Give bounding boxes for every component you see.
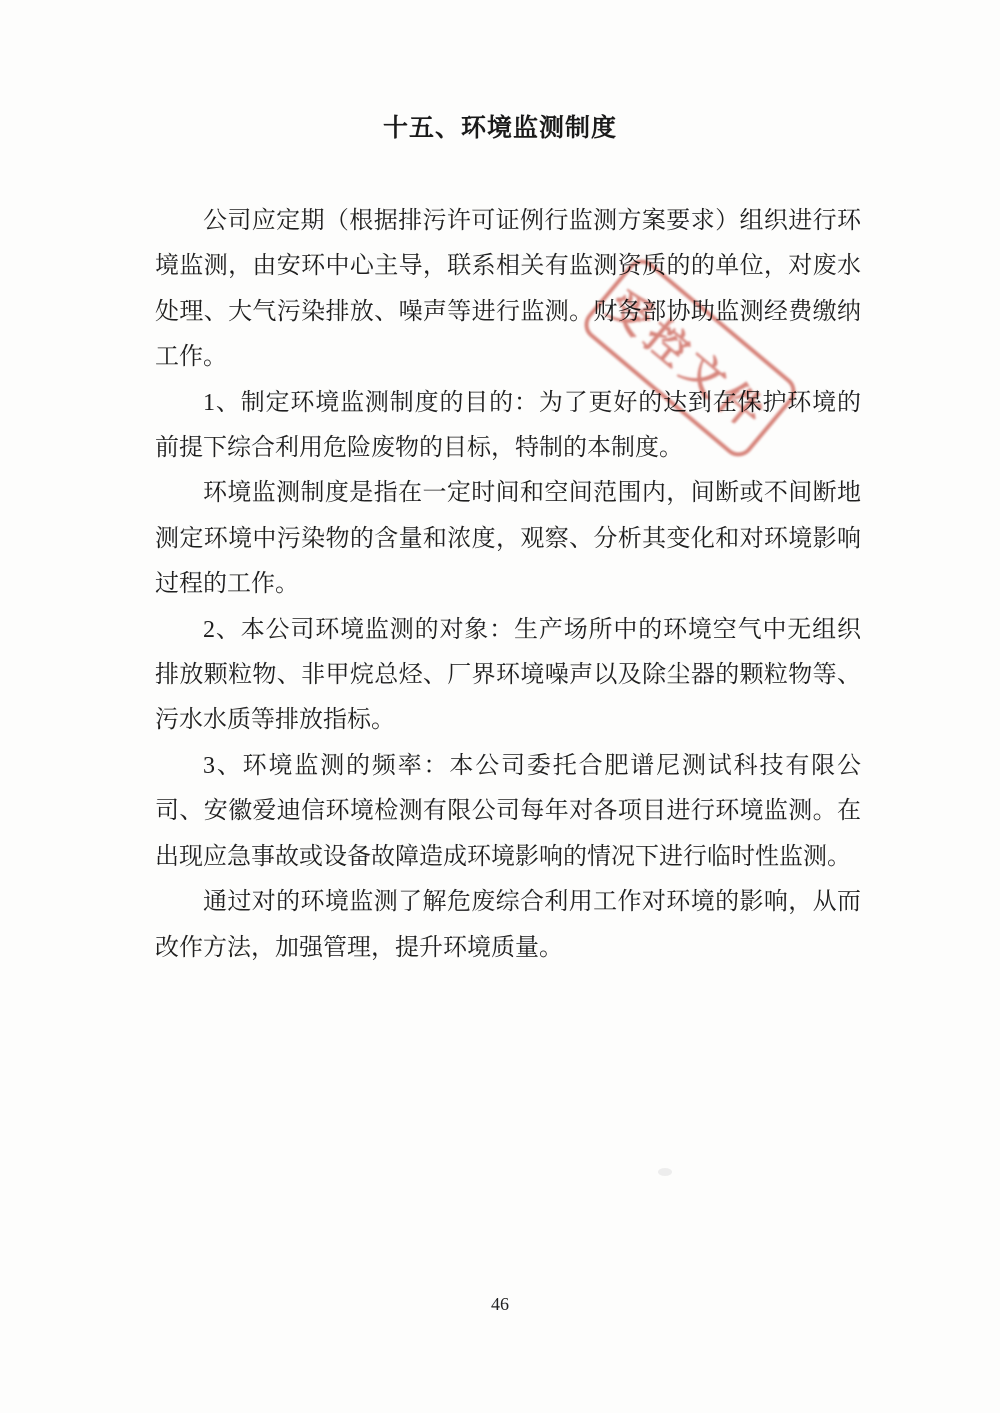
scan-smudge	[658, 1168, 672, 1176]
paragraph-intro: 公司应定期（根据排污许可证例行监测方案要求）组织进行环境监测，由安环中心主导，联…	[155, 199, 861, 381]
paragraph-item-3: 3、环境监测的频率：本公司委托合肥谱尼测试科技有限公司、安徽爱迪信环境检测有限公…	[155, 744, 861, 880]
page-number: 46	[0, 1294, 1000, 1315]
paragraph-definition: 环境监测制度是指在一定时间和空间范围内，间断或不间断地测定环境中污染物的含量和浓…	[155, 471, 861, 607]
page-title: 十五、环境监测制度	[0, 108, 1000, 144]
document-body: 公司应定期（根据排污许可证例行监测方案要求）组织进行环境监测，由安环中心主导，联…	[155, 199, 861, 971]
document-page: 十五、环境监测制度 公司应定期（根据排污许可证例行监测方案要求）组织进行环境监测…	[0, 0, 1000, 1413]
paragraph-item-2: 2、本公司环境监测的对象：生产场所中的环境空气中无组织排放颗粒物、非甲烷总烃、厂…	[155, 608, 861, 744]
paragraph-item-1: 1、制定环境监测制度的目的：为了更好的达到在保护环境的前提下综合利用危险废物的目…	[155, 381, 861, 472]
paragraph-closing: 通过对的环境监测了解危废综合利用工作对环境的影响，从而改作方法，加强管理，提升环…	[155, 880, 861, 971]
